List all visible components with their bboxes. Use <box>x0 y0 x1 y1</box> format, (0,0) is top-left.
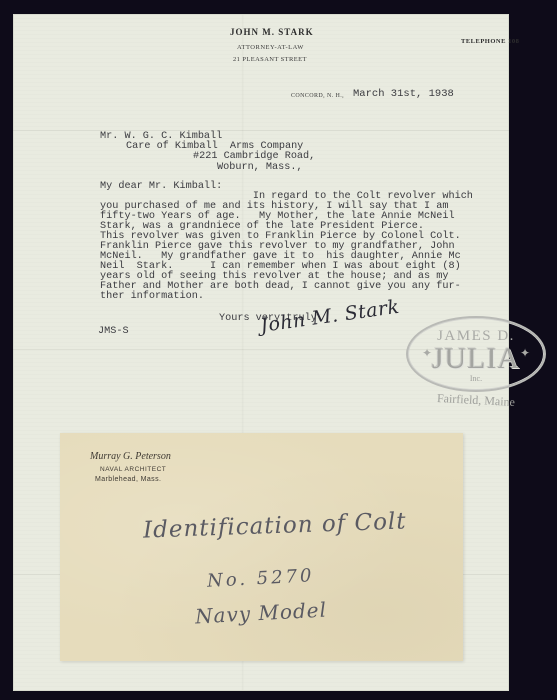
letterhead-title: Attorney-at-Law <box>237 44 304 51</box>
letter-city: Concord, N. H., <box>291 93 344 99</box>
envelope-sender-title: NAVAL ARCHITECT <box>100 466 166 473</box>
envelope-handwriting-line3: Navy Model <box>194 598 327 629</box>
body-line: ther information. <box>100 292 204 302</box>
watermark-line3: Inc. <box>408 374 544 383</box>
recipient-city: Woburn, Mass., <box>217 163 303 173</box>
letterhead-address: 21 Pleasant Street <box>233 56 307 63</box>
envelope-sender-place: Marblehead, Mass. <box>95 476 161 483</box>
typist-initials: JMS-S <box>98 327 129 337</box>
envelope-sender-name: Murray G. Peterson <box>90 451 171 462</box>
envelope-handwriting-line2: No. 5270 <box>207 565 315 592</box>
photo-background: JOHN M. STARK Attorney-at-Law 21 Pleasan… <box>0 0 557 700</box>
auction-watermark: JAMES D. ✦ JULIA ✦ Inc. <box>406 316 546 392</box>
envelope-handwriting-line1: Identification of Colt <box>143 508 407 543</box>
star-icon: ✦ <box>520 346 530 361</box>
letterhead-telephone: Telephone 108 <box>461 38 519 45</box>
paper-fold-line <box>13 130 509 131</box>
recipient-street: #221 Cambridge Road, <box>193 152 315 162</box>
envelope: Murray G. Peterson NAVAL ARCHITECT Marbl… <box>60 433 463 661</box>
letter-date: March 31st, 1938 <box>353 89 454 99</box>
letterhead-name: JOHN M. STARK <box>230 27 314 37</box>
